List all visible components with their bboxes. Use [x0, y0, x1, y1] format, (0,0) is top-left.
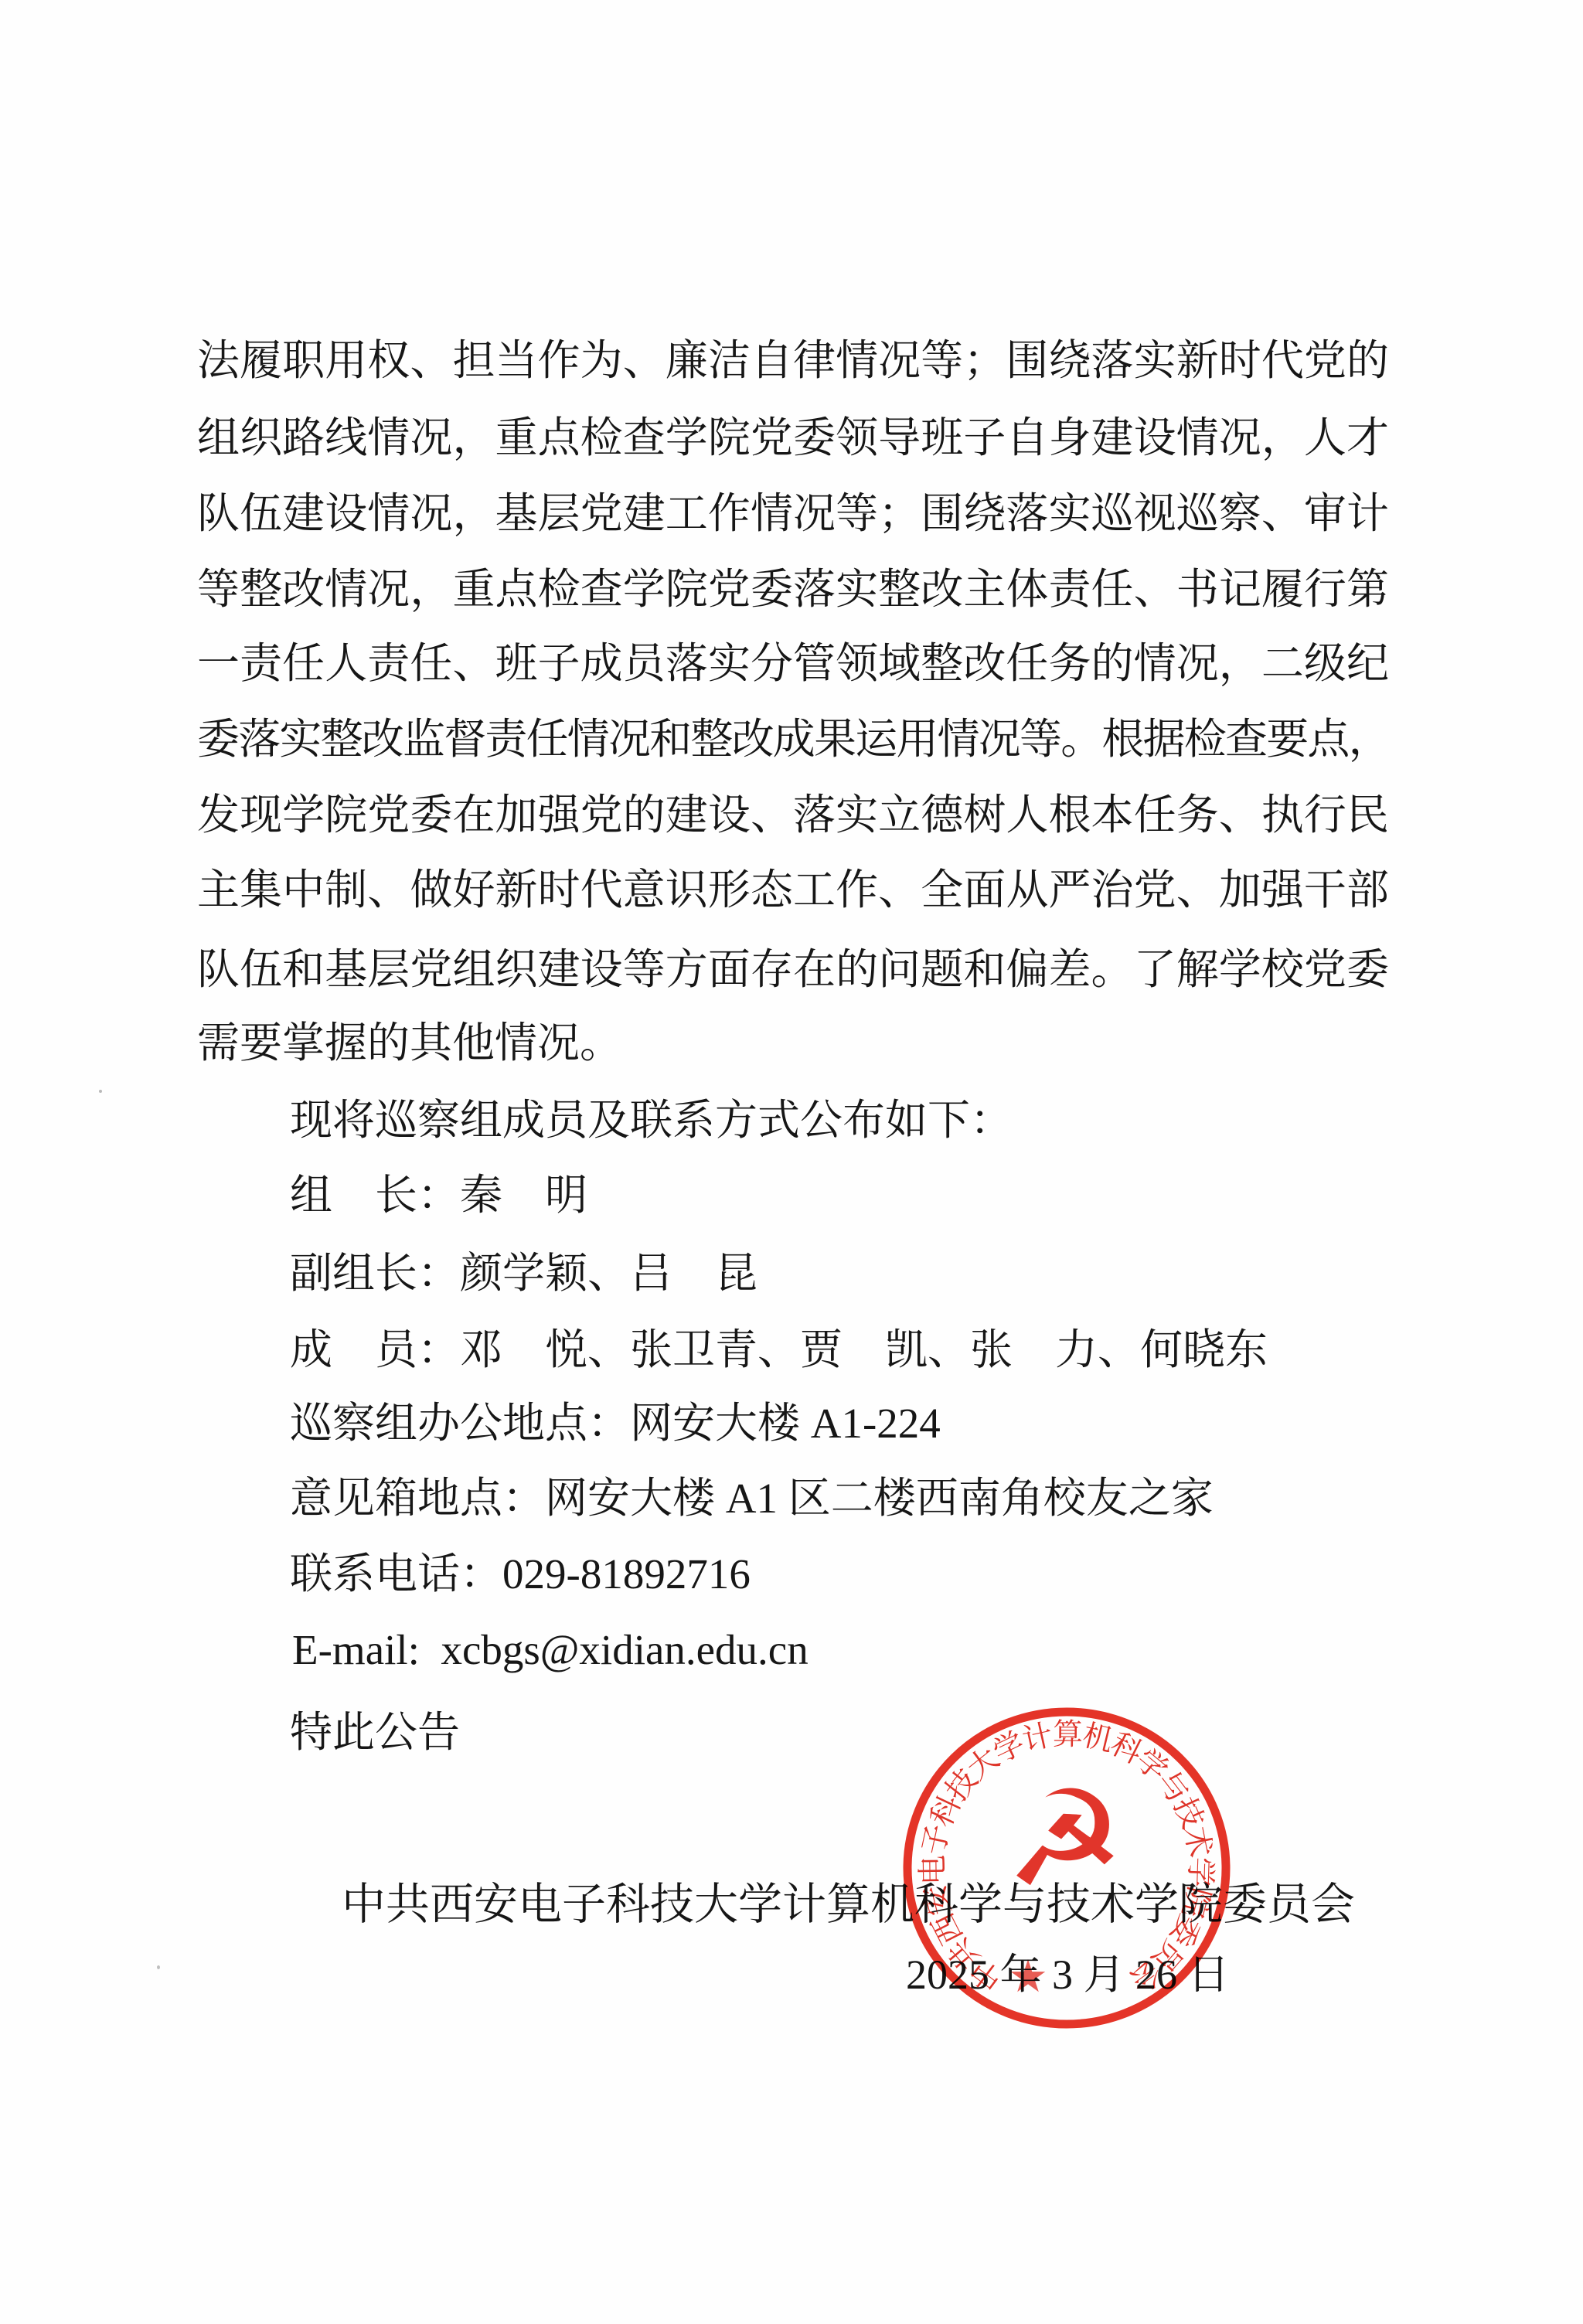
official-seal: 中共西安电子科技大学计算机科学与技术学院委员会 ☭ ★	[889, 1690, 1244, 2046]
body-line: 主集中制、做好新时代意识形态工作、全面从严治党、加强干部	[197, 867, 1389, 913]
scan-artifact-dot	[157, 1965, 160, 1969]
group-leader-line: 组 长：秦 明	[290, 1172, 587, 1218]
phone-line: 联系电话：029-81892716	[290, 1551, 751, 1597]
scanned-document-page: 法履职用权、担当作为、廉洁自律情况等；围绕落实新时代党的 组织路线情况，重点检查…	[0, 0, 1583, 2324]
body-line: 发现学院党委在加强党的建设、落实立德树人根本任务、执行民	[197, 792, 1389, 838]
body-line: 一责任人责任、班子成员落实分管领域整改任务的情况，二级纪	[197, 641, 1389, 686]
email-line: E-mail: xcbgs@xidian.edu.cn	[292, 1627, 809, 1672]
office-location-line: 巡察组办公地点：网安大楼 A1-224	[290, 1400, 941, 1446]
body-line: 组织路线情况，重点检查学院党委领导班子自身建设情况，人才	[197, 415, 1389, 461]
seal-star-icon: ★	[1008, 1950, 1048, 2002]
party-emblem-icon: ☭	[1006, 1761, 1125, 1917]
body-line: 等整改情况，重点检查学院党委落实整改主体责任、书记履行第	[197, 567, 1389, 612]
scan-artifact-dot	[99, 1090, 102, 1093]
body-line: 法履职用权、担当作为、廉洁自律情况等；围绕落实新时代党的	[197, 338, 1389, 383]
members-line: 成 员：邓 悦、张卫青、贾 凯、张 力、何晓东	[290, 1327, 1268, 1373]
body-line: 需要掌握的其他情况。	[197, 1020, 622, 1066]
body-line: 队伍和基层党组织建设等方面存在的问题和偏差。了解学校党委	[197, 947, 1389, 992]
body-line: 委落实整改监督责任情况和整改成果运用情况等。根据检查要点，	[197, 716, 1390, 762]
contact-intro-line: 现将巡察组成员及联系方式公布如下：	[290, 1097, 1013, 1143]
deputy-leader-line: 副组长：颜学颖、吕 昆	[290, 1250, 757, 1296]
body-line: 队伍建设情况，基层党建工作情况等；围绕落实巡视巡察、审计	[197, 491, 1389, 536]
closing-line: 特此公告	[290, 1710, 460, 1755]
mailbox-location-line: 意见箱地点：网安大楼 A1 区二楼西南角校友之家	[290, 1475, 1214, 1521]
